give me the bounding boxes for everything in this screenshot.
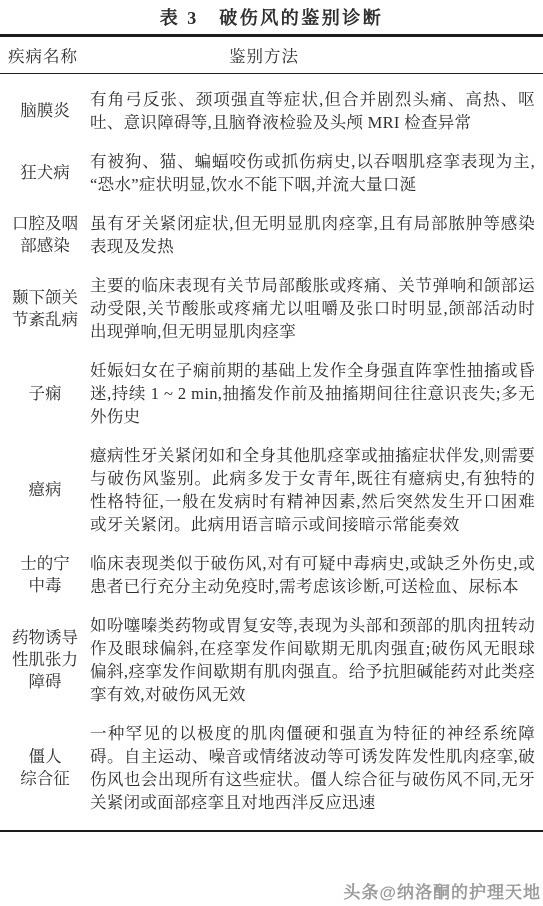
table-row: 药物诱导 性肌张力 障碍 如吩噻嗪类药物或胃复安等,表现为头部和颈部的肌肉扭转动… [0, 606, 543, 714]
table-row: 狂犬病 有被狗、猫、蝙蝠咬伤或抓伤病史,以吞咽肌痉挛表现为主,“恐水”症状明显,… [0, 142, 543, 204]
method-column-header: 鉴别方法 [0, 43, 528, 67]
disease-name-cell: 子痫 [0, 383, 90, 405]
method-cell: 有角弓反张、颈项强直等症状,但合并剧烈头痛、高热、呕吐、意识障碍等,且脑脊液检验… [90, 88, 543, 134]
method-cell: 癔病性牙关紧闭如和全身其他肌痉挛或抽搐症状伴发,则需要与破伤风鉴别。此病多发于女… [90, 444, 543, 536]
method-cell: 有被狗、猫、蝙蝠咬伤或抓伤病史,以吞咽肌痉挛表现为主,“恐水”症状明显,饮水不能… [90, 150, 543, 196]
table-row: 僵人 综合征 一种罕见的以极度的肌肉僵硬和强直为特征的神经系统障碍。自主运动、噪… [0, 714, 543, 822]
disease-name-cell: 士的宁 中毒 [0, 553, 90, 597]
disease-name-cell: 口腔及咽 部感染 [0, 213, 90, 257]
table-header-row: 疾病名称 鉴别方法 [0, 37, 543, 73]
table-bottom-rule [0, 830, 543, 832]
disease-name-cell: 颞下颌关 节紊乱病 [0, 287, 90, 331]
disease-name-cell: 药物诱导 性肌张力 障碍 [0, 627, 90, 693]
method-cell: 如吩噻嗪类药物或胃复安等,表现为头部和颈部的肌肉扭转动作及眼球偏斜,在痉挛发作间… [90, 614, 543, 706]
disease-name-cell: 癔病 [0, 479, 90, 501]
table-row: 脑膜炎 有角弓反张、颈项强直等症状,但合并剧烈头痛、高热、呕吐、意识障碍等,且脑… [0, 80, 543, 142]
table-row: 子痫 妊娠妇女在子痫前期的基础上发作全身强直阵挛性抽搐或昏迷,持续 1 ~ 2 … [0, 351, 543, 436]
table-title: 表 3 破伤风的鉴别诊断 [0, 0, 543, 34]
table-row: 颞下颌关 节紊乱病 主要的临床表现有关节局部酸胀或疼痛、关节弹响和颌部运动受限,… [0, 266, 543, 351]
disease-name-cell: 僵人 综合征 [0, 746, 90, 790]
method-cell: 一种罕见的以极度的肌肉僵硬和强直为特征的神经系统障碍。自主运动、噪音或情绪波动等… [90, 722, 543, 814]
disease-name-cell: 脑膜炎 [0, 100, 90, 122]
method-cell: 妊娠妇女在子痫前期的基础上发作全身强直阵挛性抽搐或昏迷,持续 1 ~ 2 min… [90, 359, 543, 428]
watermark: 头条@纳洛酮的护理天地 [343, 878, 541, 903]
page: 表 3 破伤风的鉴别诊断 疾病名称 鉴别方法 脑膜炎 有角弓反张、颈项强直等症状… [0, 0, 543, 906]
method-cell: 临床表现类似于破伤风,对有可疑中毒病史,或缺乏外伤史,或患者已行充分主动免疫时,… [90, 552, 543, 598]
table-row: 口腔及咽 部感染 虽有牙关紧闭症状,但无明显肌肉痉挛,且有局部脓肿等感染表现及发… [0, 204, 543, 266]
table-body: 脑膜炎 有角弓反张、颈项强直等症状,但合并剧烈头痛、高热、呕吐、意识障碍等,且脑… [0, 74, 543, 830]
method-cell: 虽有牙关紧闭症状,但无明显肌肉痉挛,且有局部脓肿等感染表现及发热 [90, 212, 543, 258]
disease-name-cell: 狂犬病 [0, 162, 90, 184]
table-row: 士的宁 中毒 临床表现类似于破伤风,对有可疑中毒病史,或缺乏外伤史,或患者已行充… [0, 544, 543, 606]
method-cell: 主要的临床表现有关节局部酸胀或疼痛、关节弹响和颌部运动受限,关节酸胀或疼痛尤以咀… [90, 274, 543, 343]
table-row: 癔病 癔病性牙关紧闭如和全身其他肌痉挛或抽搐症状伴发,则需要与破伤风鉴别。此病多… [0, 436, 543, 544]
